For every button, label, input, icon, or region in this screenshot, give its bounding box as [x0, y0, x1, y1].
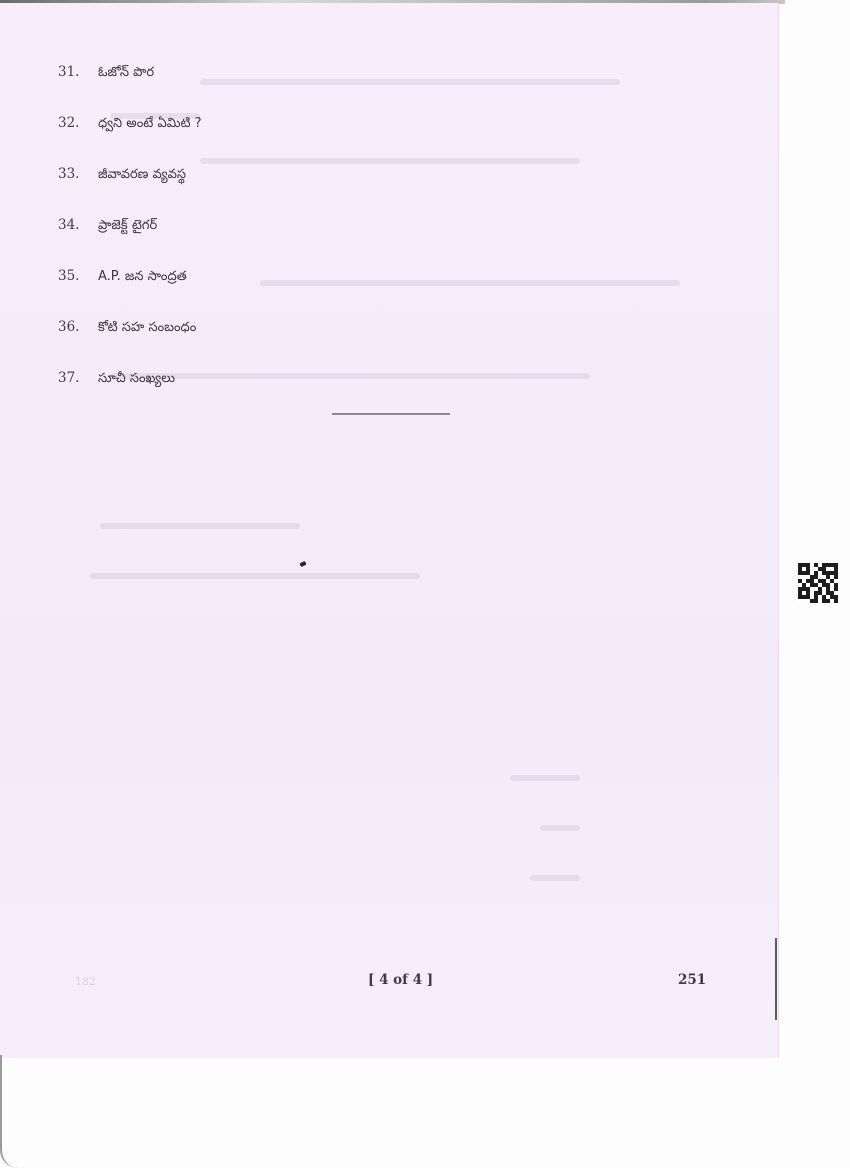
question-text: కోటి సహ సంబంధం [98, 320, 196, 338]
bleed-through-text [540, 825, 580, 831]
question-number: 36. [58, 319, 98, 335]
bleed-through-text [530, 875, 580, 881]
question-number: 32. [58, 115, 98, 131]
paper-code: 251 [678, 972, 706, 988]
bleed-through-text [90, 573, 420, 579]
page-footer: 182 [ 4 of 4 ] 251 [0, 972, 778, 992]
bleed-through-text [200, 79, 620, 85]
footer-code: 182 [75, 975, 96, 988]
question-item: 34. ప్రాజెక్ట్ టైగర్ [58, 217, 202, 268]
binding-edge-line [775, 938, 777, 1020]
scan-page-curl [0, 1055, 22, 1168]
question-list: 31. ఓజోన్ పొర 32. ధ్వని అంటే ఏమిటి ? 33.… [58, 64, 202, 421]
scanned-document: 31. ఓజోన్ పొర 32. ధ్వని అంటే ఏమిటి ? 33.… [0, 0, 850, 1168]
bleed-through-text [260, 280, 680, 286]
question-text: ఓజోన్ పొర [98, 65, 154, 83]
question-item: 32. ధ్వని అంటే ఏమిటి ? [58, 115, 202, 166]
question-item: 31. ఓజోన్ పొర [58, 64, 202, 115]
question-number: 35. [58, 268, 98, 284]
end-of-paper-rule [332, 413, 450, 415]
bleed-through-text [510, 775, 580, 781]
page-indicator: [ 4 of 4 ] [368, 972, 433, 988]
question-item: 33. జీవావరణ వ్యవస్థ [58, 166, 202, 217]
question-text: A.P. జన సాంద్రత [98, 269, 187, 287]
question-number: 34. [58, 217, 98, 233]
question-number: 33. [58, 166, 98, 182]
qr-code-icon [798, 563, 838, 603]
question-item: 35. A.P. జన సాంద్రత [58, 268, 202, 319]
bleed-through-text [200, 158, 580, 164]
question-text: సూచీ సంఖ్యలు [98, 371, 175, 389]
question-number: 37. [58, 370, 98, 386]
question-text: ప్రాజెక్ట్ టైగర్ [98, 218, 157, 236]
question-text: జీవావరణ వ్యవస్థ [98, 167, 186, 185]
question-number: 31. [58, 64, 98, 80]
question-item: 36. కోటి సహ సంబంధం [58, 319, 202, 370]
question-item: 37. సూచీ సంఖ్యలు [58, 370, 202, 421]
bleed-through-text [100, 523, 300, 529]
question-text: ధ్వని అంటే ఏమిటి ? [98, 116, 202, 134]
